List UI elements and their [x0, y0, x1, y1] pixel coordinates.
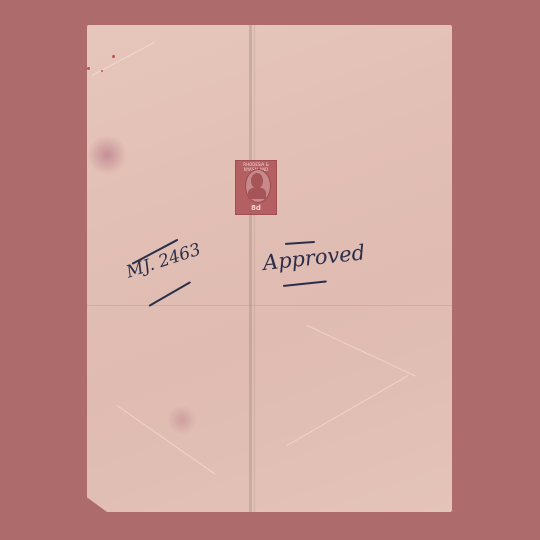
vertical-fold: [249, 25, 252, 512]
ink-underline: [149, 281, 192, 307]
approved-annotation: Approved: [262, 240, 366, 275]
stamp-value: 8d: [236, 204, 276, 212]
crease: [307, 325, 416, 377]
ink-underline: [283, 280, 327, 287]
ink-overline: [285, 241, 315, 245]
purple-stain: [87, 135, 127, 175]
purple-stain: [167, 405, 197, 435]
crease: [117, 405, 216, 475]
red-speck: [101, 70, 103, 72]
red-speck: [87, 67, 90, 70]
crease: [287, 375, 409, 446]
red-speck: [112, 55, 115, 58]
horizontal-fold: [87, 305, 452, 306]
stamp-proof: RHODESIA & NYASALAND 8d: [235, 160, 277, 215]
paper-sheet: RHODESIA & NYASALAND 8d MJ. 2463 Approve…: [87, 25, 452, 512]
queen-portrait-icon: [251, 173, 263, 188]
portrait-shoulders: [248, 187, 266, 199]
vertical-fold-secondary: [254, 25, 255, 512]
